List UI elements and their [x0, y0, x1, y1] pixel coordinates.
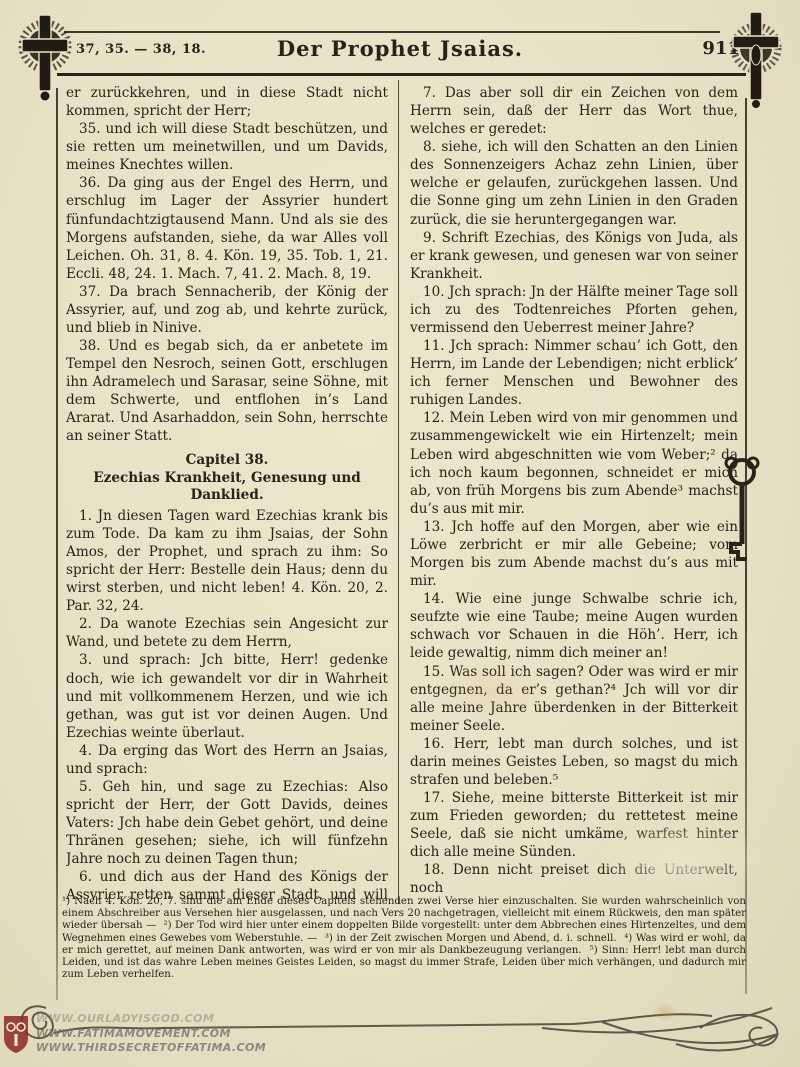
header-divider-rule	[57, 73, 746, 76]
verse-paragraph: 4. Da erging das Wort des Herrn an Jsaia…	[66, 742, 388, 778]
scanned-bible-page: { "header": { "ref_left": "37, 35. — 38,…	[0, 0, 800, 1067]
verse-paragraph: 7. Das aber soll dir ein Zeichen von dem…	[410, 84, 738, 138]
page-title: Der Prophet Jsaias.	[0, 36, 800, 61]
verse-paragraph: 35. und ich will diese Stadt beschützen,…	[66, 120, 388, 174]
verse-paragraph: 8. siehe, ich will den Schatten an den L…	[410, 138, 738, 228]
chapter-subtitle: Ezechias Krankheit, Genesung und Danklie…	[66, 470, 388, 503]
left-border-rule	[56, 88, 58, 1000]
verse-paragraph: 14. Wie eine junge Schwalbe schrie ich, …	[410, 590, 738, 662]
verse-paragraph: 17. Siehe, meine bitterste Bitterkeit is…	[410, 789, 738, 861]
watermark-line: WWW.FATIMAMOVEMENT.COM	[36, 1027, 266, 1042]
footnote: ³) in der Zeit zwischen Morgen und Abend…	[325, 933, 617, 944]
verse-paragraph: er zurückkehren, und in diese Stadt nich…	[66, 84, 388, 120]
right-border-rule	[745, 98, 747, 994]
verse-paragraph: 2. Da wanote Ezechias sein Angesicht zur…	[66, 615, 388, 651]
verse-paragraph: 10. Jch sprach: Jn der Hälfte meiner Tag…	[410, 283, 738, 337]
column-divider-rule	[398, 80, 399, 904]
page-number: 911	[702, 38, 740, 59]
verse-paragraph: 5. Geh hin, und sage zu Ezechias: Also s…	[66, 778, 388, 868]
verse-paragraph: 3. und sprach: Jch bitte, Herr! gedenke …	[66, 651, 388, 741]
right-text-column: 7. Das aber soll dir ein Zeichen von dem…	[410, 84, 738, 902]
watermark-line: WWW.THIRDSECRETOFFATIMA.COM	[36, 1041, 266, 1056]
top-border-rule	[64, 31, 720, 33]
verse-paragraph: 37. Da brach Sennacherib, der König der …	[66, 283, 388, 337]
verse-paragraph: 12. Mein Leben wird von mir genommen und…	[410, 409, 738, 517]
verse-paragraph: 9. Schrift Ezechias, des Königs von Juda…	[410, 229, 738, 283]
verse-paragraph: 36. Da ging aus der Engel des Herrn, und…	[66, 174, 388, 282]
verse-paragraph: 15. Was soll ich sagen? Oder was wird er…	[410, 663, 738, 735]
footnotes-block: ¹) Nach 4. Kön. 20, 7. sind die am Ende …	[62, 896, 746, 982]
verse-paragraph: 38. Und es begab sich, da er anbetete im…	[66, 337, 388, 445]
chapter-heading: Capitel 38.	[66, 453, 388, 469]
verse-paragraph: 18. Denn nicht preiset dich die Unterwel…	[410, 861, 738, 897]
left-text-column: er zurückkehren, und in diese Stadt nich…	[66, 84, 388, 902]
watermark-urls: WWW.OURLADYISGOD.COM WWW.FATIMAMOVEMENT.…	[36, 1012, 266, 1056]
verse-paragraph: 11. Jch sprach: Nimmer schau’ ich Gott, …	[410, 337, 738, 409]
verse-paragraph: 16. Herr, lebt man durch solches, und is…	[410, 735, 738, 789]
watermark-shield-icon	[2, 1014, 30, 1058]
verse-paragraph: 1. Jn diesen Tagen ward Ezechias krank b…	[66, 507, 388, 615]
watermark-line: WWW.OURLADYISGOD.COM	[36, 1012, 266, 1027]
paper-stain	[652, 1002, 678, 1022]
verse-paragraph: 13. Jch hoffe auf den Morgen, aber wie e…	[410, 518, 738, 590]
